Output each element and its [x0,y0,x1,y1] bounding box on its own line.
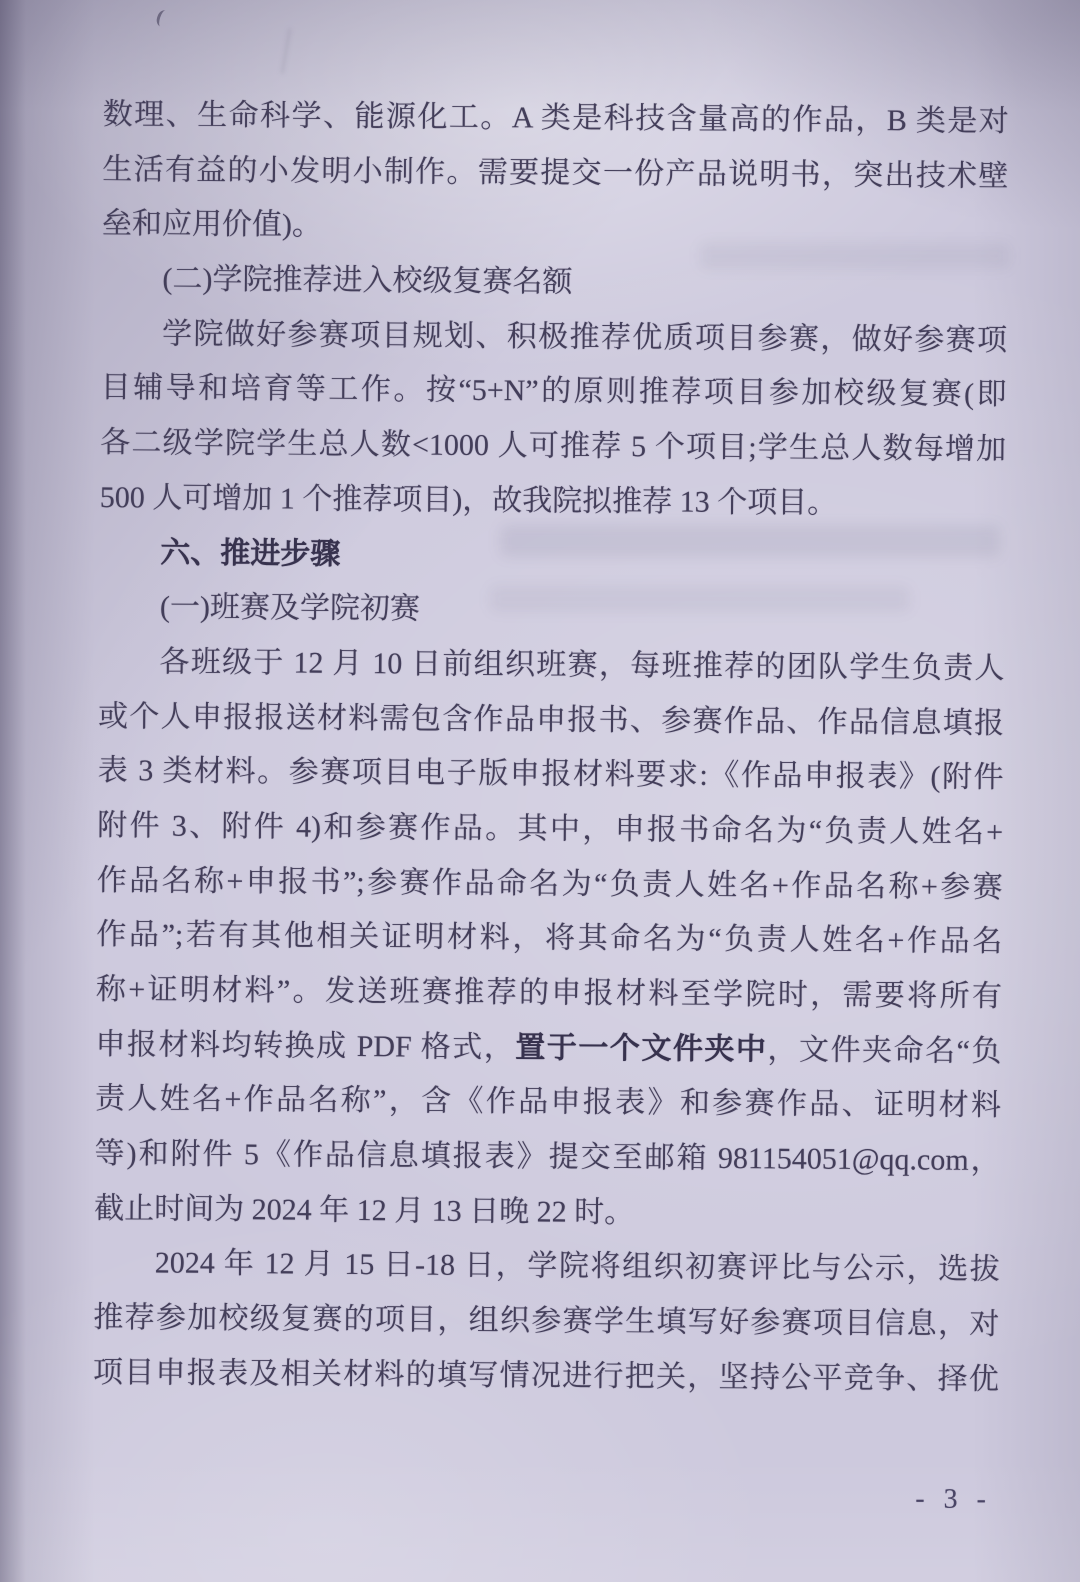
text-segment: 目辅导和培育等工作。按“5+N”的原则推荐项目参加校级复赛(即 [101,371,1007,411]
text-line: 责人姓名+作品名称”，含《作品申报表》和参赛作品、证明材料 [95,1072,1001,1134]
text-line: 作品”;若有其他相关证明材料，将其命名为“负责人姓名+作品名 [96,908,1002,970]
text-block: 数理、生命科学、能源化工。A 类是科技含量高的作品，B 类是对生活有益的小发明小… [92,88,1009,1520]
text-line: 数理、生命科学、能源化工。A 类是科技含量高的作品，B 类是对 [103,88,1009,150]
text-line: 500 人可增加 1 个推荐项目)，故我院拟推荐 13 个项目。 [100,471,1006,533]
text-line: 截止时间为 2024 年 12 月 13 日晚 22 时。 [94,1182,1000,1244]
text-line: 称+证明材料”。发送班赛推荐的申报材料至学院时，需要将所有 [96,963,1002,1025]
text-segment: 项目申报表及相关材料的填写情况进行把关，坚持公平竞争、择优 [93,1356,999,1396]
text-segment: 附件 3、附件 4)和参赛作品。其中，申报书命名为“负责人姓名+ [97,809,1003,849]
text-line: 目辅导和培育等工作。按“5+N”的原则推荐项目参加校级复赛(即 [100,361,1006,423]
text-segment: 垒和应用价值)。 [102,207,322,242]
text-segment: 申报材料均转换成 PDF 格式， [95,1028,515,1064]
text-line: 等)和附件 5《作品信息填报表》提交至邮箱 981154051@qq.com， [94,1127,1000,1189]
text-segment: 2024 年 12 月 15 日-18 日，学院将组织初赛评比与公示，选拔 [155,1247,1000,1287]
text-segment: 推荐参加校级复赛的项目，组织参赛学生填写好参赛项目信息，对 [93,1301,999,1341]
text-line: 垒和应用价值)。 [102,197,1008,259]
smudge-mark [280,28,292,74]
text-segment: (一)班赛及学院初赛 [160,591,420,626]
text-line: 各二级学院学生总人数<1000 人可推荐 5 个项目;学生总人数每增加 [100,416,1006,478]
scratch-mark [155,9,172,29]
text-line: 项目申报表及相关材料的填写情况进行把关，坚持公平竞争、择优 [93,1346,999,1408]
text-segment: 等)和附件 5《作品信息填报表》提交至邮箱 981154051@qq.com， [95,1137,1001,1177]
text-segment: 责人姓名+作品名称”，含《作品申报表》和参赛作品、证明材料 [95,1082,1001,1122]
text-line: (一)班赛及学院初赛 [99,580,1005,642]
text-segment: 生活有益的小发明小制作。需要提交一份产品说明书，突出技术壁 [102,153,1008,193]
text-line: 推荐参加校级复赛的项目，组织参赛学生填写好参赛项目信息，对 [93,1291,999,1353]
text-segment: 表 3 类材料。参赛项目电子版申报材料要求:《作品申报表》(附件 2、 [97,754,1003,806]
text-segment: 截止时间为 2024 年 12 月 13 日晚 22 时。 [94,1192,634,1229]
text-segment: 作品名称+申报书”;参赛作品命名为“负责人姓名+作品名称+参赛 [97,864,1003,904]
text-segment: 500 人可增加 1 个推荐项目)，故我院拟推荐 13 个项目。 [100,481,838,520]
text-segment: 作品”;若有其他相关证明材料，将其命名为“负责人姓名+作品名 [96,918,1002,958]
bold-text-segment: 置于一个文件夹中 [515,1031,767,1066]
text-line: 附件 3、附件 4)和参赛作品。其中，申报书命名为“负责人姓名+ [97,799,1003,861]
text-segment: 各二级学院学生总人数<1000 人可推荐 5 个项目;学生总人数每增加 [100,426,1006,466]
text-line: 六、推进步骤 [99,525,1005,587]
text-line: (二)学院推荐进入校级复赛名额 [101,252,1007,314]
page-number: - 3 - [92,1472,998,1519]
text-line: 或个人申报报送材料需包含作品申报书、参赛作品、作品信息填报 [98,690,1004,752]
text-lines-container: 数理、生命科学、能源化工。A 类是科技含量高的作品，B 类是对生活有益的小发明小… [93,88,1009,1408]
text-line: 2024 年 12 月 15 日-18 日，学院将组织初赛评比与公示，选拔 [94,1236,1000,1298]
text-line: 表 3 类材料。参赛项目电子版申报材料要求:《作品申报表》(附件 2、 [97,744,1003,806]
text-segment: 学院做好参赛项目规划、积极推荐优质项目参赛，做好参赛项 [162,317,1007,357]
text-segment: 称+证明材料”。发送班赛推荐的申报材料至学院时，需要将所有 [96,973,1002,1013]
text-line: 学院做好参赛项目规划、积极推荐优质项目参赛，做好参赛项 [101,307,1007,369]
scanned-document-page: 数理、生命科学、能源化工。A 类是科技含量高的作品，B 类是对生活有益的小发明小… [0,0,1080,1582]
text-segment: 各班级于 12 月 10 日前组织班赛，每班推荐的团队学生负责人 [159,645,1004,685]
text-segment: 数理、生命科学、能源化工。A 类是科技含量高的作品，B 类是对 [103,98,1009,138]
text-line: 作品名称+申报书”;参赛作品命名为“负责人姓名+作品名称+参赛 [97,854,1003,916]
text-segment: 或个人申报报送材料需包含作品申报书、参赛作品、作品信息填报 [98,700,1004,740]
text-segment: ，文件夹命名“负 [767,1033,1001,1068]
text-segment: (二)学院推荐进入校级复赛名额 [162,263,572,299]
bold-text-segment: 六、推进步骤 [160,536,340,570]
text-line: 生活有益的小发明小制作。需要提交一份产品说明书，突出技术壁 [102,143,1008,205]
text-line: 各班级于 12 月 10 日前组织班赛，每班推荐的团队学生负责人 [98,635,1004,697]
text-line: 申报材料均转换成 PDF 格式，置于一个文件夹中，文件夹命名“负 [95,1018,1001,1080]
